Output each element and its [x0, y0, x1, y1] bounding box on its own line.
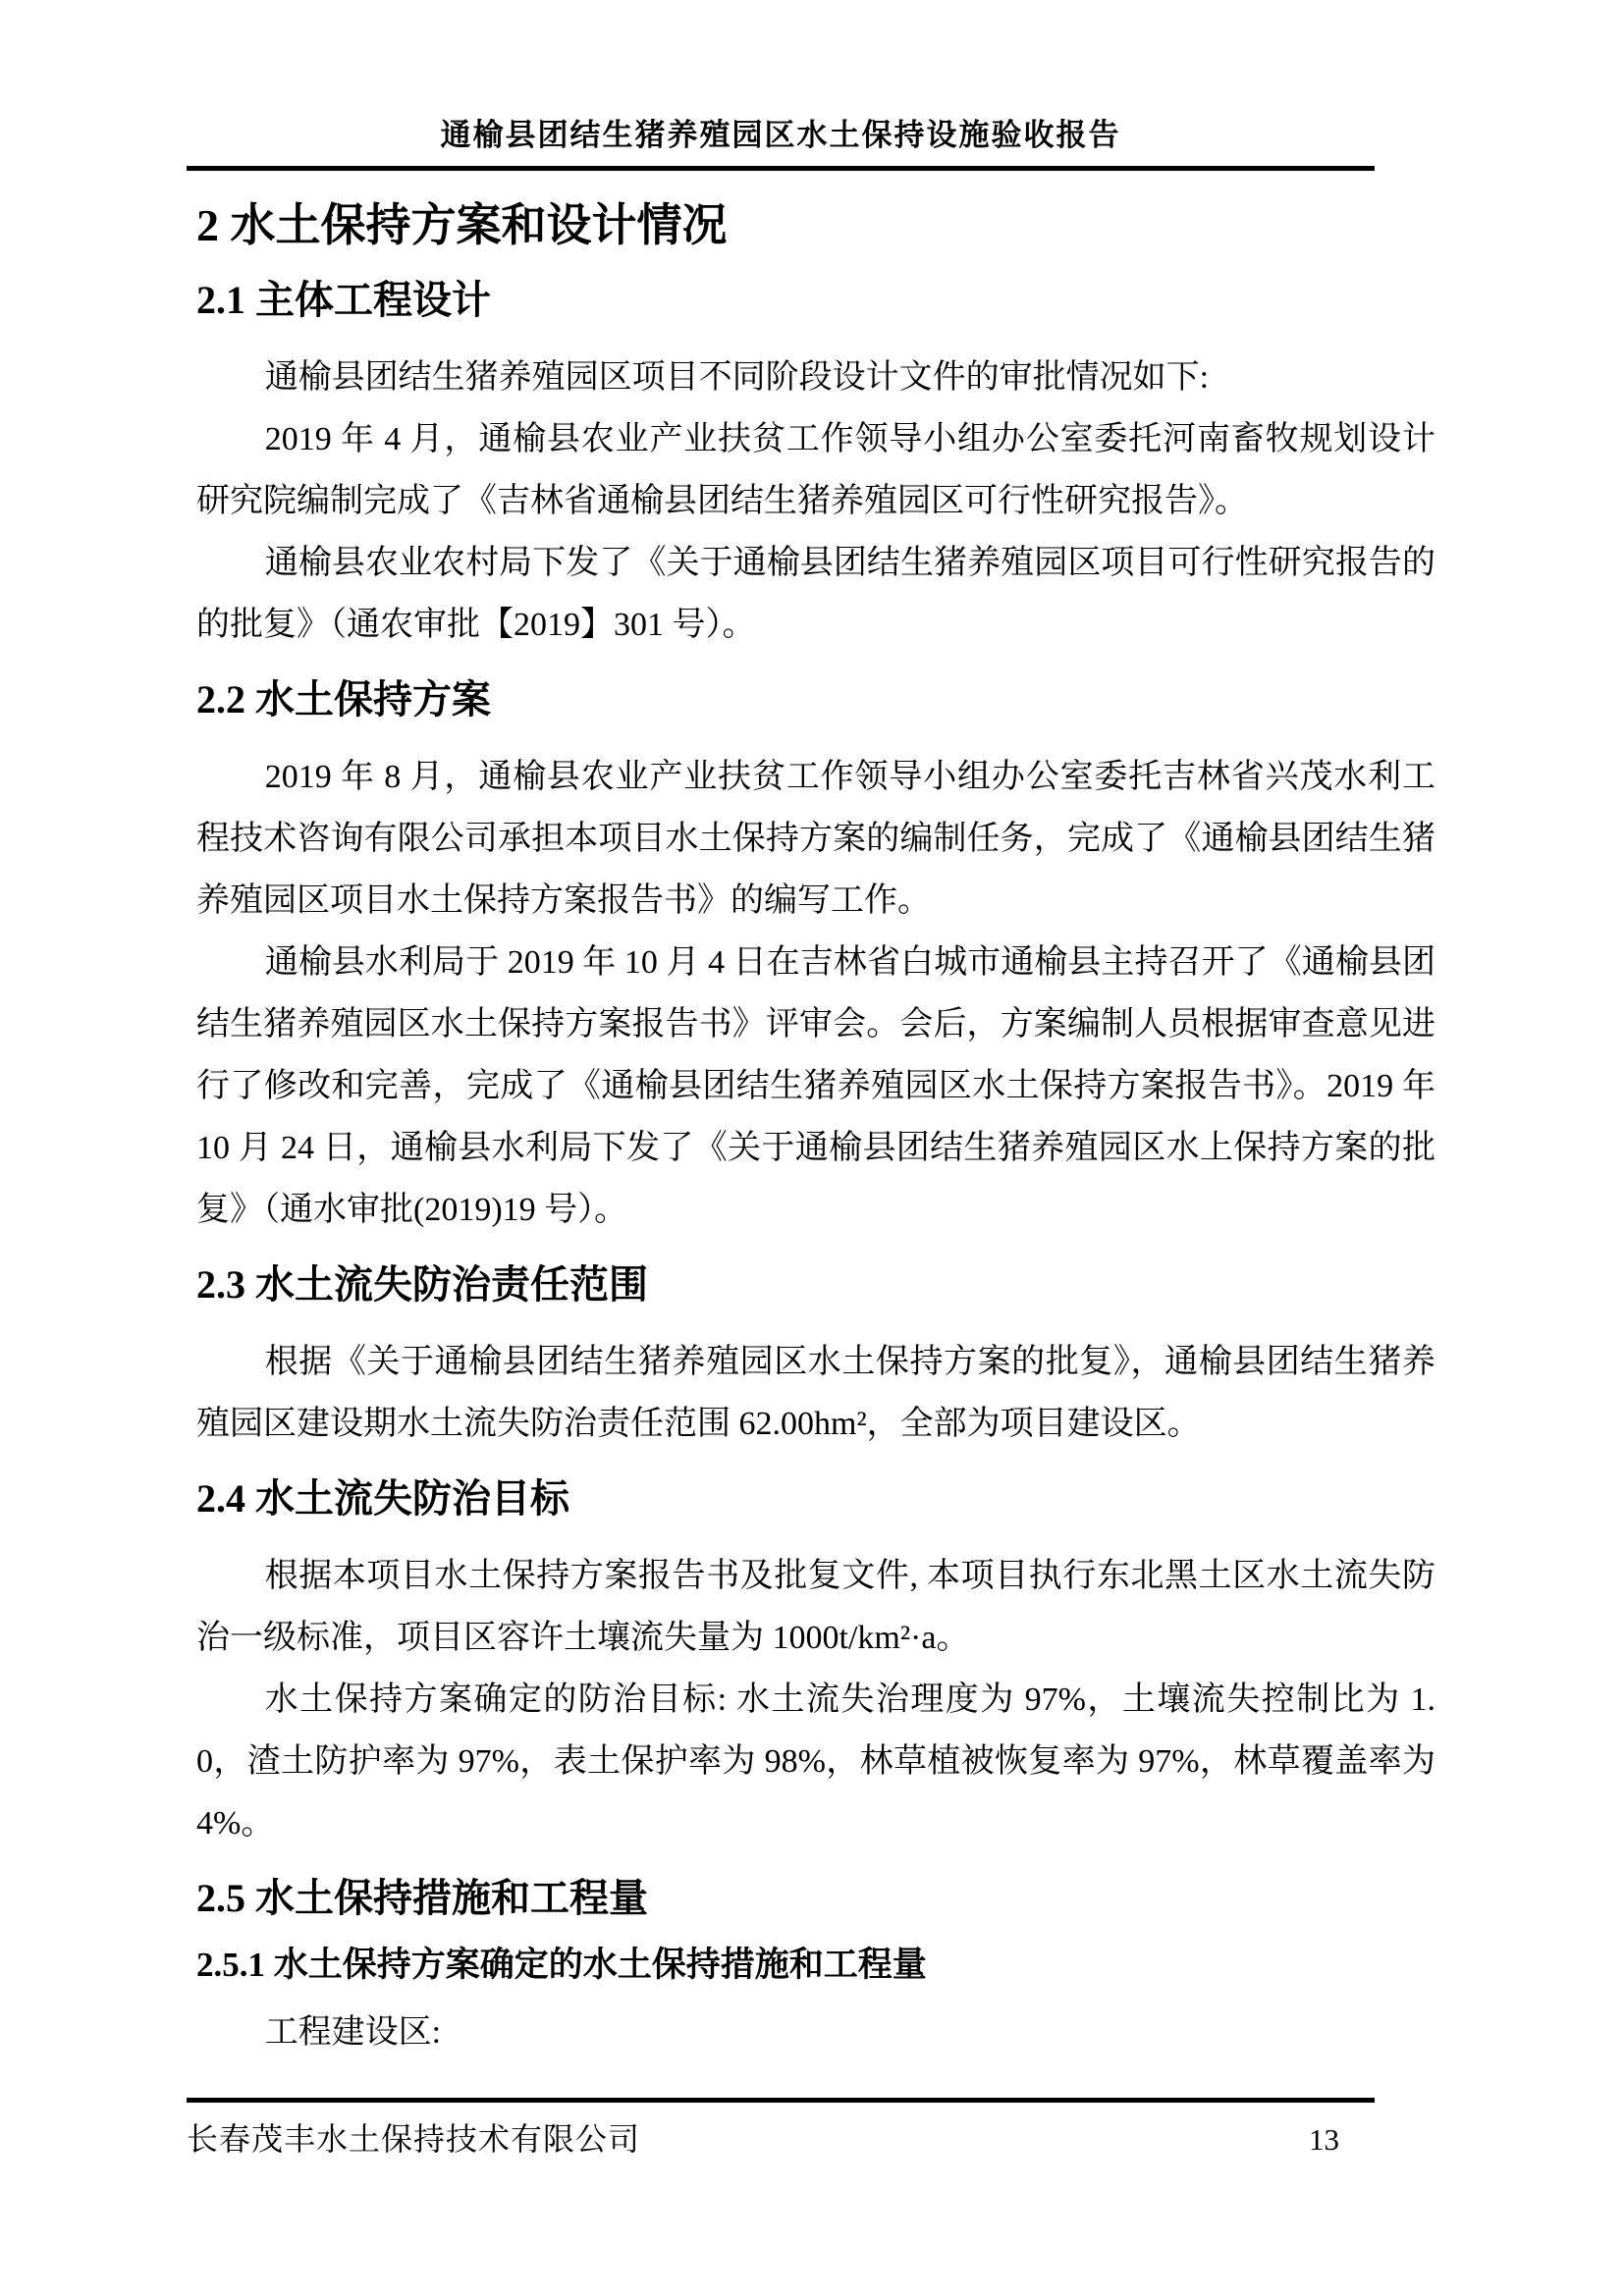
section-heading-2-5: 2.5 水土保持措施和工程量: [196, 1876, 1435, 1921]
section-heading-2-5-1: 2.5.1 水土保持方案确定的水土保持措施和工程量: [196, 1945, 1435, 1986]
section-heading-2-1: 2.1 主体工程设计: [196, 278, 1435, 323]
paragraph: 2019 年 8 月，通榆县农业产业扶贫工作领导小组办公室委托吉林省兴茂水利工程…: [196, 746, 1435, 932]
paragraph: 2019 年 4 月，通榆县农业产业扶贫工作领导小组办公室委托河南畜牧规划设计研…: [196, 408, 1435, 532]
running-header-title: 通榆县团结生猪养殖园区水土保持设施验收报告: [441, 118, 1121, 152]
page-number: 13: [1309, 2122, 1339, 2158]
paragraph: 根据本项目水土保持方案报告书及批复文件, 本项目执行东北黑土区水土流失防治一级标…: [196, 1545, 1435, 1669]
section-heading-2-4: 2.4 水土流失防治目标: [196, 1476, 1435, 1522]
page-footer: 长春茂丰水土保持技术有限公司 13: [187, 2098, 1375, 2160]
paragraph: 通榆县水利局于 2019 年 10 月 4 日在吉林省白城市通榆县主持召开了《通…: [196, 932, 1435, 1241]
paragraph: 工程建设区:: [196, 2002, 1435, 2063]
section-heading-2-2: 2.2 水土保持方案: [196, 677, 1435, 722]
document-page: 通榆县团结生猪养殖园区水土保持设施验收报告 2 水土保持方案和设计情况 2.1 …: [0, 0, 1624, 2296]
paragraph: 水土保持方案确定的防治目标: 水土流失治理度为 97%，土壤流失控制比为 1.0…: [196, 1669, 1435, 1854]
section-heading-2-3: 2.3 水土流失防治责任范围: [196, 1262, 1435, 1308]
running-header: 通榆县团结生猪养殖园区水土保持设施验收报告: [187, 110, 1375, 171]
paragraph: 通榆县农业农村局下发了《关于通榆县团结生猪养殖园区项目可行性研究报告的的批复》（…: [196, 532, 1435, 656]
document-body: 2 水土保持方案和设计情况 2.1 主体工程设计 通榆县团结生猪养殖园区项目不同…: [196, 192, 1435, 2063]
footer-company-name: 长春茂丰水土保持技术有限公司: [187, 2114, 640, 2160]
paragraph: 根据《关于通榆县团结生猪养殖园区水土保持方案的批复》，通榆县团结生猪养殖园区建设…: [196, 1331, 1435, 1455]
chapter-heading: 2 水土保持方案和设计情况: [196, 200, 1435, 252]
paragraph: 通榆县团结生猪养殖园区项目不同阶段设计文件的审批情况如下:: [196, 347, 1435, 408]
